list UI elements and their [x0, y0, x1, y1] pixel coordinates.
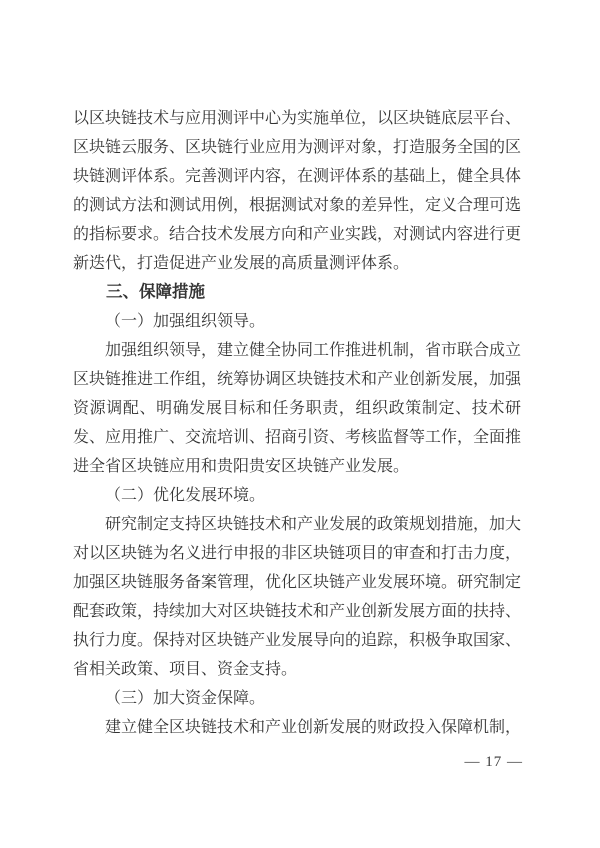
paragraph: 加强组织领导，建立健全协同工作推进机制，省市联合成立区块链推进工作组，统筹协调区…: [73, 336, 521, 481]
sub-heading: （二）优化发展环境。: [73, 481, 521, 510]
document-page: 以区块链技术与应用测评中心为实施单位，以区块链底层平台、区块链云服务、区块链行业…: [0, 0, 600, 848]
sub-heading: （三）加大资金保障。: [73, 684, 521, 713]
page-number: — 17 —: [465, 753, 524, 771]
paragraph: 建立健全区块链技术和产业创新发展的财政投入保障机制，: [73, 713, 521, 742]
paragraph: 研究制定支持区块链技术和产业发展的政策规划措施，加大对以区块链为名义进行申报的非…: [73, 510, 521, 684]
paragraph: 以区块链技术与应用测评中心为实施单位，以区块链底层平台、区块链云服务、区块链行业…: [73, 104, 521, 278]
document-body: 以区块链技术与应用测评中心为实施单位，以区块链底层平台、区块链云服务、区块链行业…: [73, 104, 521, 742]
sub-heading: （一）加强组织领导。: [73, 307, 521, 336]
section-heading: 三、保障措施: [73, 278, 521, 307]
